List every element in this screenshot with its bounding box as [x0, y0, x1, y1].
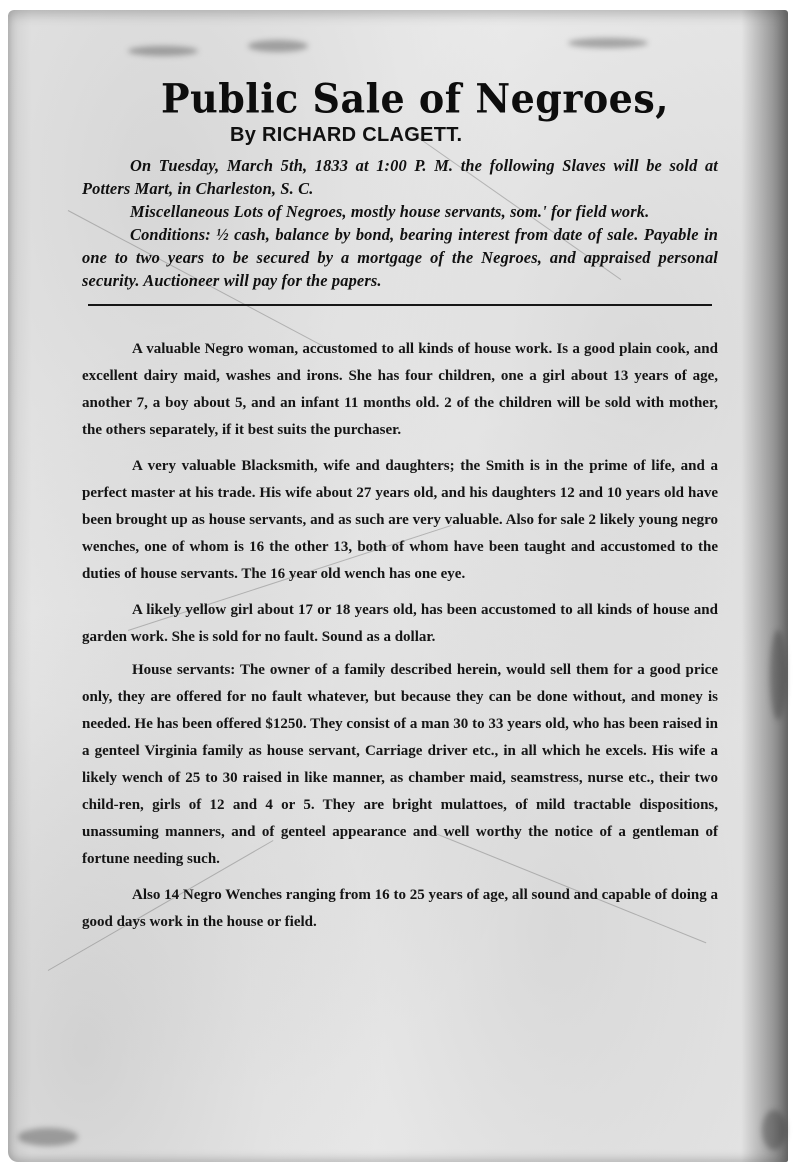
lot-paragraph: House servants: The owner of a family de… — [82, 657, 718, 873]
stain-bottom-left — [18, 1128, 78, 1146]
stain-top-left — [128, 46, 198, 56]
lot-paragraph: A likely yellow girl about 17 or 18 year… — [82, 597, 718, 651]
stain-top-right — [568, 38, 648, 48]
lot-paragraph: A very valuable Blacksmith, wife and dau… — [82, 453, 718, 588]
sale-announcement: On Tuesday, March 5th, 1833 at 1:00 P. M… — [82, 154, 718, 292]
horizontal-divider — [88, 304, 712, 306]
sale-lots-description: Miscellaneous Lots of Negroes, mostly ho… — [82, 200, 718, 223]
lot-paragraph: Also 14 Negro Wenches ranging from 16 to… — [82, 882, 718, 936]
document-title: Public Sale of Negroes, — [112, 75, 718, 123]
stain-top-center — [248, 40, 308, 52]
broadside-content: Public Sale of Negroes, By RICHARD CLAGE… — [82, 76, 718, 945]
stain-right-edge — [770, 630, 786, 720]
sale-date-location: On Tuesday, March 5th, 1833 at 1:00 P. M… — [82, 154, 718, 200]
auctioneer-byline: By RICHARD CLAGETT. — [230, 122, 718, 148]
lot-paragraph: A valuable Negro woman, accustomed to al… — [82, 336, 718, 444]
lot-descriptions: A valuable Negro woman, accustomed to al… — [82, 336, 718, 936]
stain-bottom-right — [762, 1110, 786, 1150]
sale-conditions: Conditions: ½ cash, balance by bond, bea… — [82, 223, 718, 292]
